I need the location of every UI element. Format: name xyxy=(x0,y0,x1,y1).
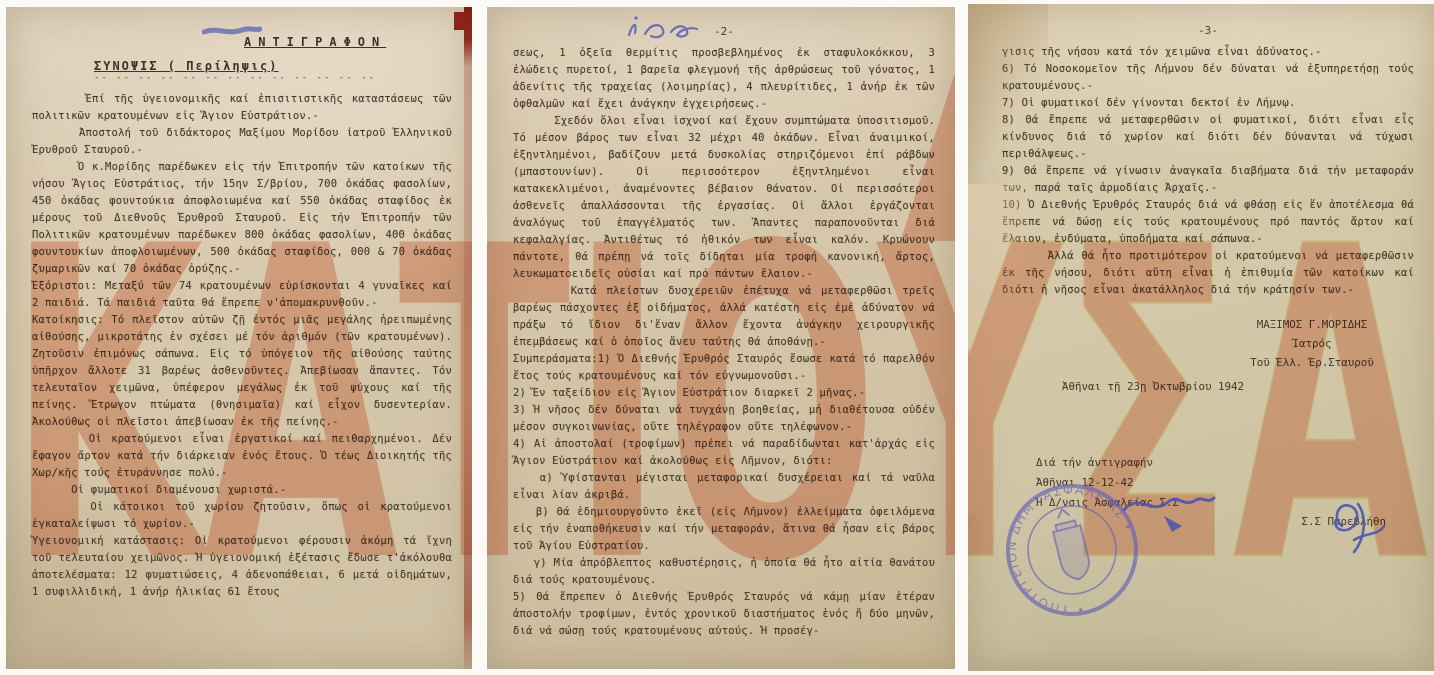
copy-stamp-label: ΑΝΤΙΓΡΑΦΟΝ xyxy=(244,35,452,49)
page-crease xyxy=(968,184,1028,514)
document-page-3: -3- γισις τῆς νήσου κατά τόν χειμῶνα εἶν… xyxy=(968,4,1434,671)
page-number: -2- xyxy=(513,25,935,39)
signature-date: Ἀθῆναι τῇ 23ῃ Ὀκτωβρίου 1942 xyxy=(1062,380,1414,393)
typewritten-body-page-2: σεως, 1 ὀξεῖα θερμίτις προσβεβλημένος ἐκ… xyxy=(513,45,935,640)
signature-block: ΜΑΞΙΜΟΣ Γ.ΜΟΡΙΔΗΣ Ἰατρός Τοῦ Ἑλλ. Ἐρ.Στα… xyxy=(1210,315,1414,372)
heading-underline: -- -- -- -- -- -- -- -- -- -- -- -- -- xyxy=(94,73,452,83)
handwritten-annotation xyxy=(621,15,711,41)
photo-edge-strip xyxy=(464,7,472,669)
official-signature xyxy=(1118,482,1238,542)
typewritten-body-page-3: γισις τῆς νήσου κατά τόν χειμῶνα εἶναι ἀ… xyxy=(1002,44,1414,299)
typewritten-body-page-1: Ἐπί τῆς ὑγειονομικῆς καί ἐπισιτιστικῆς κ… xyxy=(32,91,452,601)
document-page-2: -2- σεως, 1 ὀξεῖα θερμίτις προσβεβλημένο… xyxy=(487,7,955,669)
document-photo-strip: ΑΝΤΙΓΡΑΦΟΝ ΣΥΝΟΨΙΣ ( Περίληψις) -- -- --… xyxy=(0,0,1434,675)
clerk-signature xyxy=(1324,496,1394,562)
red-corner-mark xyxy=(454,12,466,30)
synopsis-heading: ΣΥΝΟΨΙΣ ( Περίληψις) xyxy=(94,59,452,73)
page-crease xyxy=(968,4,1048,174)
page-number: -3- xyxy=(1002,24,1414,38)
handwritten-ink-smudge xyxy=(202,23,262,39)
document-page-1: ΑΝΤΙΓΡΑΦΟΝ ΣΥΝΟΨΙΣ ( Περίληψις) -- -- --… xyxy=(6,7,472,669)
